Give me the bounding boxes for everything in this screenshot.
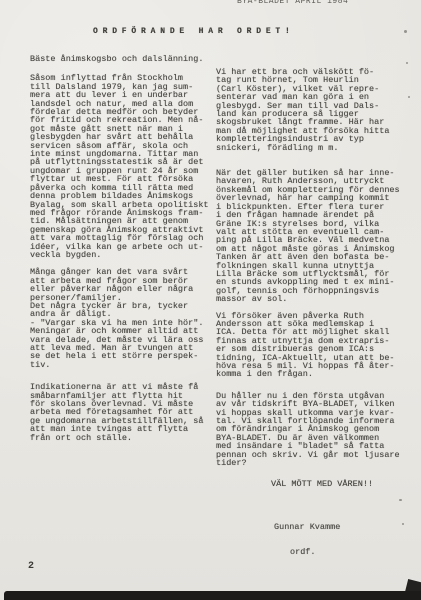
page-number: 2 xyxy=(28,561,34,572)
scan-speck xyxy=(406,62,408,64)
salutation: Bäste ånimskogsbo och dalslänning. xyxy=(30,55,216,63)
right-column: Vi har ett bra och välskött fö- tag runt… xyxy=(216,68,416,573)
scan-speck xyxy=(408,96,410,98)
paragraph: När det gäller butiken så har inne- hava… xyxy=(216,169,416,304)
paragraph: Såsom inflyttad från Stockholm till Dals… xyxy=(30,74,216,259)
scan-edge xyxy=(4,591,421,600)
paragraph: Många gånger kan det vara svårt att arbe… xyxy=(30,268,216,369)
left-column: Bäste ånimskogsbo och dalslänning. Såsom… xyxy=(30,55,216,442)
signature-block: Gunnar Kvamme ordf. xyxy=(274,506,416,573)
closing-line: VÄL MÖTT MED VÅREN!! xyxy=(271,480,416,488)
masthead: BYA-BLADET APRIL 1984 xyxy=(237,0,348,6)
scan-speck xyxy=(399,499,402,501)
signature-title: ordf. xyxy=(290,548,416,556)
paragraph: Du håller nu i den första utgåvan av vår… xyxy=(216,392,416,468)
paragraph: Vi försöker även påverka Ruth Andersson … xyxy=(216,312,416,379)
signature-name: Gunnar Kvamme xyxy=(274,523,416,531)
paragraph: Vi har ett bra och välskött fö- tag runt… xyxy=(216,68,416,152)
scan-speck xyxy=(404,30,407,33)
scan-speck xyxy=(402,523,404,525)
scanned-newsletter-page: BYA-BLADET APRIL 1984 O R D F Ö R A N D … xyxy=(0,0,421,600)
page-title: O R D F Ö R A N D E H A R O R D E T ! xyxy=(93,27,290,36)
paragraph: Indikationerna är att vi måste få småbar… xyxy=(30,383,216,442)
